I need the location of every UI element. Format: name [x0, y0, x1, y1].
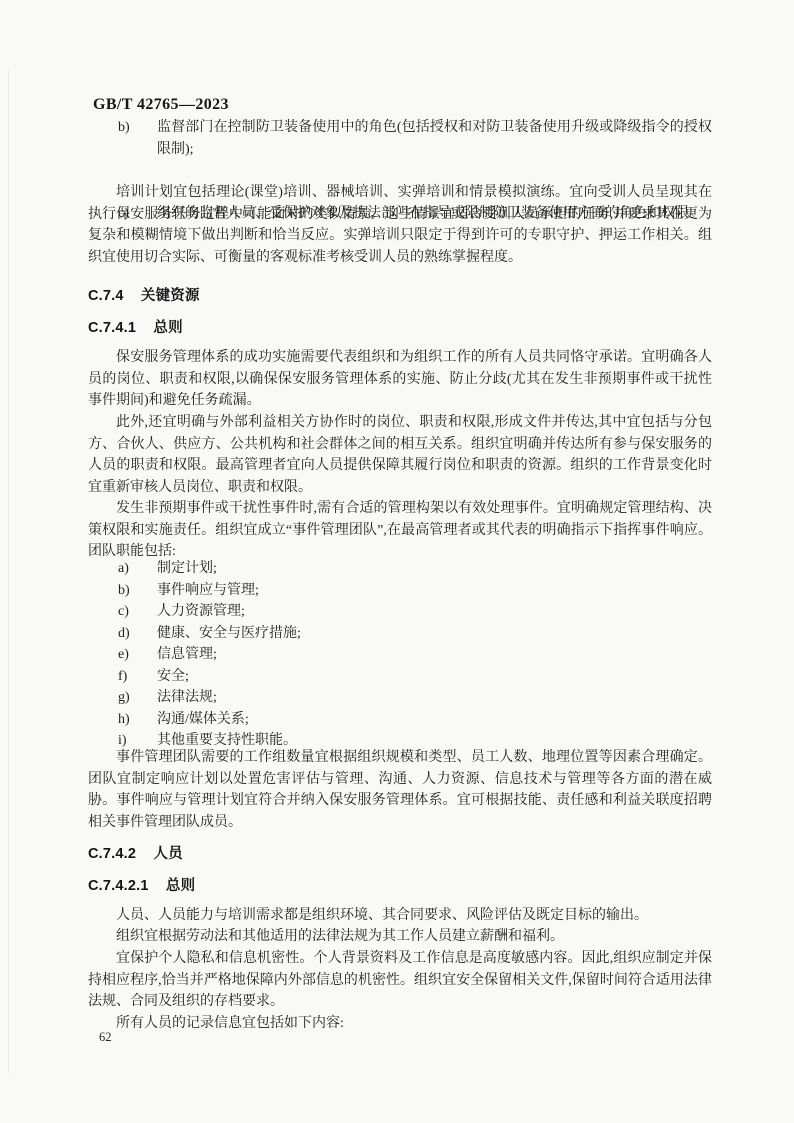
- paragraph-commitment: 保安服务管理体系的成功实施需要代表组织和为组织工作的所有人员共同恪守承诺。宜明确…: [88, 347, 712, 412]
- scan-artifact-line: [8, 70, 9, 1073]
- list-item-text: 人力资源管理;: [157, 604, 245, 619]
- list-marker: a): [118, 558, 129, 580]
- list-item-text: 安全;: [157, 669, 189, 684]
- list-item-text: 健康、安全与医疗措施;: [157, 626, 301, 641]
- list-item: g) 法律法规;: [88, 687, 712, 709]
- heading-number: C.7.4.2.1: [88, 876, 149, 898]
- heading-number: C.7.4: [88, 286, 124, 308]
- page-content: b) 监督部门在控制防卫装备使用中的角色(包括授权和对防卫装备使用升级或降级指令…: [88, 0, 712, 1123]
- list-item: f) 安全;: [88, 666, 712, 688]
- list-marker: h): [118, 709, 130, 731]
- section-heading-c7-4-1: C.7.4.1 总则: [88, 318, 712, 340]
- paragraph-labor-law: 组织宜根据劳动法和其他适用的法律法规为其工作人员建立薪酬和福利。: [88, 926, 712, 948]
- list-item-b: b) 监督部门在控制防卫装备使用中的角色(包括授权和对防卫装备使用升级或降级指令…: [88, 117, 712, 160]
- heading-number: C.7.4.1: [88, 318, 136, 340]
- heading-title: 关键资源: [141, 286, 200, 308]
- list-marker: d): [118, 623, 130, 645]
- list-item-text: 其他重要支持性职能。: [157, 733, 297, 748]
- section-heading-c7-4: C.7.4 关键资源: [88, 286, 712, 308]
- list-marker: b): [118, 580, 130, 602]
- paragraph-records-intro: 所有人员的记录信息宜包括如下内容:: [88, 1013, 712, 1035]
- heading-title: 人员: [153, 844, 182, 866]
- list-item: b) 事件响应与管理;: [88, 580, 712, 602]
- team-functions-list: a) 制定计划; b) 事件响应与管理; c) 人力资源管理; d) 健康、安全…: [88, 558, 712, 752]
- list-marker: c): [118, 601, 129, 623]
- paragraph-external-parties: 此外,还宜明确与外部利益相关方协作时的岗位、职责和权限,形成文件并传达,其中宜包…: [88, 412, 712, 498]
- list-item-text: 事件响应与管理;: [157, 583, 259, 598]
- document-page: GB/T 42765—2023 b) 监督部门在控制防卫装备使用中的角色(包括授…: [0, 0, 794, 1123]
- list-marker: f): [118, 666, 127, 688]
- list-item: d) 健康、安全与医疗措施;: [88, 623, 712, 645]
- list-item-text: 监督部门在控制防卫装备使用中的角色(包括授权和对防卫装备使用升级或降级指令的授权…: [157, 120, 712, 157]
- list-item-text: 制定计划;: [157, 561, 217, 576]
- paragraph-personnel-output: 人员、人员能力与培训需求都是组织环境、其合同要求、风险评估及既定目标的输出。: [88, 905, 712, 927]
- page-number: 62: [99, 1030, 112, 1045]
- list-marker: e): [118, 644, 129, 666]
- list-item: h) 沟通/媒体关系;: [88, 709, 712, 731]
- list-marker: g): [118, 687, 130, 709]
- list-item-text: 信息管理;: [157, 647, 217, 662]
- section-heading-c7-4-2: C.7.4.2 人员: [88, 844, 712, 866]
- list-item: e) 信息管理;: [88, 644, 712, 666]
- list-item: c) 人力资源管理;: [88, 601, 712, 623]
- heading-title: 总则: [153, 318, 182, 340]
- list-marker: b): [118, 117, 130, 139]
- paragraph-training-plan: 培训计划宜包括理论(课堂)培训、器械培训、实弹培训和情景模拟演练。宜向受训人员呈…: [88, 182, 712, 268]
- heading-title: 总则: [166, 876, 195, 898]
- heading-number: C.7.4.2: [88, 844, 136, 866]
- list-item-text: 沟通/媒体关系;: [157, 712, 249, 727]
- list-item: a) 制定计划;: [88, 558, 712, 580]
- paragraph-workgroups: 事件管理团队需要的工作组数量宜根据组织规模和类型、员工人数、地理位置等因素合理确…: [88, 747, 712, 833]
- paragraph-privacy: 宜保护个人隐私和信息机密性。个人背景资料及工作信息是高度敏感内容。因此,组织应制…: [88, 948, 712, 1013]
- list-item-text: 法律法规;: [157, 690, 217, 705]
- paragraph-incident-management: 发生非预期事件或干扰性事件时,需有合适的管理构架以有效处理事件。宜明确规定管理结…: [88, 498, 712, 563]
- section-heading-c7-4-2-1: C.7.4.2.1 总则: [88, 876, 712, 898]
